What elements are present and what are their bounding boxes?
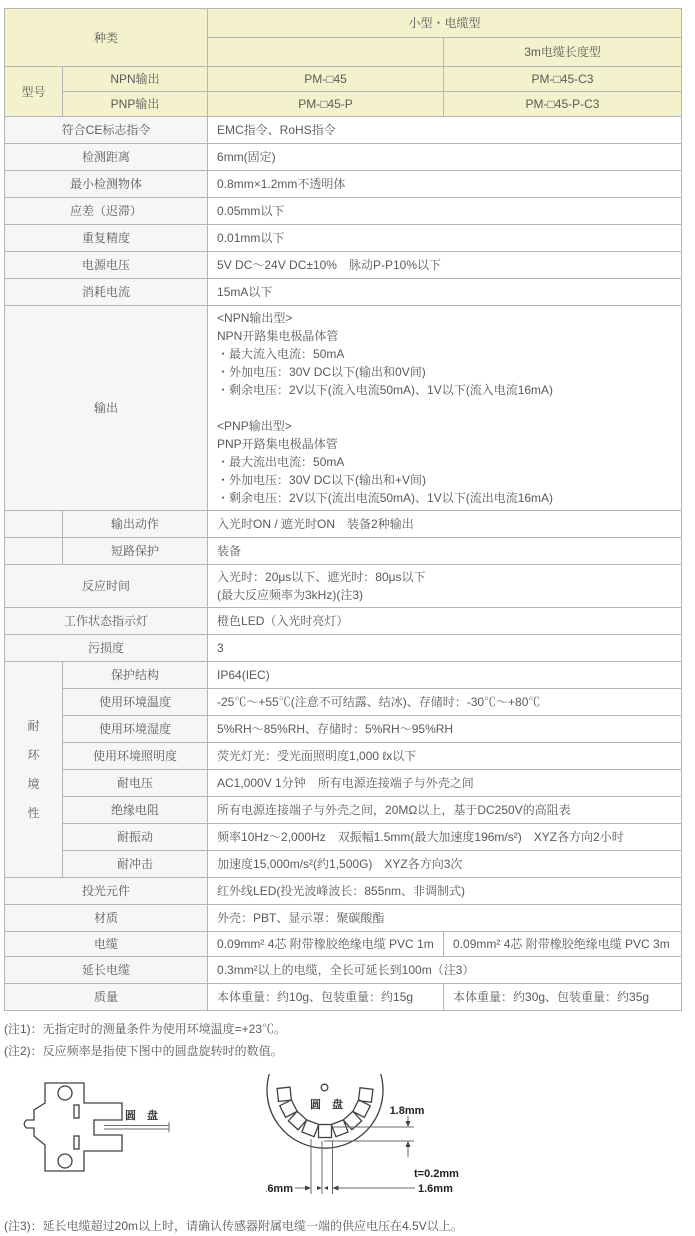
row-emitting-element: 投光元件 红外线LED(投光波峰波长：855nm、非调制式) (5, 878, 682, 905)
disc-label-left: 圆 盘 (125, 1108, 162, 1122)
row-ambient-illuminance: 使用环境照明度 荧光灯光：受光面照明度1,000 ℓx以下 (5, 743, 682, 770)
short-circuit-protection-value: 装备 (208, 538, 682, 565)
emitting-element-value: 红外线LED(投光波峰波长：855nm、非调制式) (208, 878, 682, 905)
row-ambient-temperature: 使用环境温度 -25℃～+55℃(注意不可结露、结冰)、存储时：-30℃～+80… (5, 689, 682, 716)
row-operation-indicator: 工作状态指示灯 橙色LED（入光时亮灯） (5, 608, 682, 635)
footnote-1: (注1)：无指定时的测量条件为使用环境温度=+23℃。 (4, 1019, 695, 1039)
footnotes: (注1)：无指定时的测量条件为使用环境温度=+23℃。 (注2)：反应频率是指使… (4, 1019, 695, 1061)
pollution-degree-value: 3 (208, 635, 682, 662)
row-supply-voltage: 电源电压 5V DC～24V DC±10% 脉动P-P10%以下 (5, 252, 682, 279)
weight-label: 质量 (5, 984, 208, 1011)
short-circuit-protection-label: 短路保护 (63, 538, 208, 565)
optical-slit-bottom (74, 1136, 79, 1149)
output-group-spacer (5, 511, 63, 538)
sensor-outline (24, 1083, 122, 1171)
material-value: 外壳：PBT、显示罩：聚碳酸酯 (208, 905, 682, 932)
row-hysteresis: 应差（迟滞） 0.05mm以下 (5, 198, 682, 225)
cable-value-3m: 0.09mm² 4芯 附带橡胶绝缘电缆 PVC 3m (444, 932, 682, 957)
row-short-circuit-protection: 短路保护 装备 (5, 538, 682, 565)
current-consumption-label: 消耗电流 (5, 279, 208, 306)
voltage-withstandability-label: 耐电压 (63, 770, 208, 797)
repeatability-label: 重复精度 (5, 225, 208, 252)
repeatability-value: 0.01mm以下 (208, 225, 682, 252)
dim-18-arrowhead-up (406, 1141, 411, 1147)
pnp-output-label: PNP输出 (63, 92, 208, 117)
output-value: <NPN输出型> NPN开路集电极晶体管 ・最大流入电流：50mA ・外加电压：… (208, 306, 682, 511)
row-insulation-resistance: 绝缘电阻 所有电源连接端子与外壳之间，20MΩ以上，基于DC250V的高阻表 (5, 797, 682, 824)
hysteresis-value: 0.05mm以下 (208, 198, 682, 225)
cable-extension-value: 0.3mm²以上的电缆，全长可延长到100m（注3） (208, 957, 682, 984)
supply-voltage-label: 电源电压 (5, 252, 208, 279)
row-output-operation: 输出动作 入光时ON / 遮光时ON 装备2种输出 (5, 511, 682, 538)
vibration-resistance-label: 耐振动 (63, 824, 208, 851)
mounting-hole-top (58, 1086, 72, 1100)
cable-extension-label: 延长电缆 (5, 957, 208, 984)
dim-16-left-arrowhead (305, 1186, 311, 1191)
row-current-consumption: 消耗电流 15mA以下 (5, 279, 682, 306)
response-frequency-figure: 圆 盘 圆 盘 1.8mm t=0.2mm 1.6mm (0, 1067, 695, 1202)
footnote-2: (注2)：反应频率是指使下图中的圆盘旋转时的数值。 (4, 1041, 695, 1061)
current-consumption-value: 15mA以下 (208, 279, 682, 306)
supply-voltage-value: 5V DC～24V DC±10% 脉动P-P10%以下 (208, 252, 682, 279)
disc-slots (277, 1087, 373, 1137)
sensing-range-value: 6mm(固定) (208, 144, 682, 171)
output-operation-value: 入光时ON / 遮光时ON 装备2种输出 (208, 511, 682, 538)
row-cable: 电缆 0.09mm² 4芯 附带橡胶绝缘电缆 PVC 1m 0.09mm² 4芯… (5, 932, 682, 957)
header-row-pnp-models: PNP输出 PM-□45-P PM-□45-P-C3 (5, 92, 682, 117)
vibration-resistance-value: 频率10Hz～2,000Hz 双振幅1.5mm(最大加速度196m/s²) XY… (208, 824, 682, 851)
ambient-illuminance-label: 使用环境照明度 (63, 743, 208, 770)
header-row-npn-models: 型号 NPN输出 PM-□45 PM-□45-C3 (5, 67, 682, 92)
pnp-model-standard: PM-□45-P (208, 92, 444, 117)
cable-label: 电缆 (5, 932, 208, 957)
footnote-3: (注3)：延长电缆超过20m以上时，请确认传感器附属电缆一端的供应电压在4.5V… (4, 1216, 695, 1236)
row-cable-extension: 延长电缆 0.3mm²以上的电缆，全长可延长到100m（注3） (5, 957, 682, 984)
mounting-hole-bottom (58, 1154, 72, 1168)
output-group-spacer (5, 538, 63, 565)
header-empty-cell (208, 38, 444, 67)
response-time-value: 入光时：20μs以下、遮光时：80μs以下 (最大反应频率为3kHz)(注3) (208, 565, 682, 608)
response-time-label: 反应时间 (5, 565, 208, 608)
ce-directive-value: EMC指令、RoHS指令 (208, 117, 682, 144)
row-material: 材质 外壳：PBT、显示罩：聚碳酸酯 (5, 905, 682, 932)
disc-axis-mark (321, 1084, 328, 1091)
pnp-model-3m: PM-□45-P-C3 (444, 92, 682, 117)
ambient-humidity-value: 5%RH～85%RH、存储时：5%RH～95%RH (208, 716, 682, 743)
row-response-time: 反应时间 入光时：20μs以下、遮光时：80μs以下 (最大反应频率为3kHz)… (5, 565, 682, 608)
ambient-illuminance-value: 荧光灯光：受光面照明度1,000 ℓx以下 (208, 743, 682, 770)
cable3m-header-cell: 3m电缆长度型 (444, 38, 682, 67)
dim-thickness-label: t=0.2mm (414, 1168, 459, 1180)
protection-label: 保护结构 (63, 662, 208, 689)
output-label: 输出 (5, 306, 208, 511)
footnote-3-container: (注3)：延长电缆超过20m以上时，请确认传感器附属电缆一端的供应电压在4.5V… (4, 1216, 695, 1236)
weight-value-3m: 本体重量：约30g、包装重量：约35g (444, 984, 682, 1011)
emitting-element-label: 投光元件 (5, 878, 208, 905)
insulation-resistance-value: 所有电源连接端子与外壳之间，20MΩ以上，基于DC250V的高阻表 (208, 797, 682, 824)
ambient-temperature-value: -25℃～+55℃(注意不可结露、结冰)、存储时：-30℃～+80℃ (208, 689, 682, 716)
row-repeatability: 重复精度 0.01mm以下 (5, 225, 682, 252)
ambient-humidity-label: 使用环境湿度 (63, 716, 208, 743)
header-row-kind: 种类 小型・电缆型 (5, 9, 682, 38)
ambient-temperature-label: 使用环境温度 (63, 689, 208, 716)
kind-header-cell: 种类 (5, 9, 208, 67)
spec-table: 种类 小型・电缆型 3m电缆长度型 型号 NPN输出 PM-□45 PM-□45… (4, 8, 682, 1011)
dim-16-right-arrowhead (333, 1186, 339, 1191)
row-weight: 质量 本体重量：约10g、包装重量：约15g 本体重量：约30g、包装重量：约3… (5, 984, 682, 1011)
weight-value-standard: 本体重量：约10g、包装重量：约15g (208, 984, 444, 1011)
row-sensing-range: 检测距离 6mm(固定) (5, 144, 682, 171)
output-operation-label: 输出动作 (63, 511, 208, 538)
npn-model-standard: PM-□45 (208, 67, 444, 92)
sensor-diagram: 圆 盘 (22, 1073, 182, 1173)
ce-directive-label: 符合CE标志指令 (5, 117, 208, 144)
row-ce-directive: 符合CE标志指令 EMC指令、RoHS指令 (5, 117, 682, 144)
dim-18-arrowhead-down (406, 1121, 411, 1127)
row-voltage-withstandability: 耐电压 AC1,000V 1分钟 所有电源连接端子与外壳之间 (5, 770, 682, 797)
row-protection: 耐环境性 保护结构 IP64(IEC) (5, 662, 682, 689)
material-label: 材质 (5, 905, 208, 932)
min-sensing-object-label: 最小检测物体 (5, 171, 208, 198)
model-header-cell: 型号 (5, 67, 63, 117)
operation-indicator-label: 工作状态指示灯 (5, 608, 208, 635)
optical-slit-top (74, 1105, 79, 1118)
hysteresis-label: 应差（迟滞） (5, 198, 208, 225)
shock-resistance-label: 耐冲击 (63, 851, 208, 878)
row-ambient-humidity: 使用环境湿度 5%RH～85%RH、存储时：5%RH～95%RH (5, 716, 682, 743)
voltage-withstandability-value: AC1,000V 1分钟 所有电源连接端子与外壳之间 (208, 770, 682, 797)
insulation-resistance-label: 绝缘电阻 (63, 797, 208, 824)
disc-diagram: 圆 盘 1.8mm t=0.2mm 1.6mm 1. (266, 1067, 476, 1202)
dim-18-label: 1.8mm (390, 1105, 425, 1117)
row-min-sensing-object: 最小检测物体 0.8mm×1.2mm不透明体 (5, 171, 682, 198)
row-vibration-resistance: 耐振动 频率10Hz～2,000Hz 双振幅1.5mm(最大加速度196m/s²… (5, 824, 682, 851)
env-resistance-group-label: 耐环境性 (5, 662, 63, 878)
pollution-degree-label: 污损度 (5, 635, 208, 662)
dim-16-right-label: 1.6mm (418, 1183, 453, 1195)
npn-output-label: NPN输出 (63, 67, 208, 92)
dim-16-mid-arrowhead-right (317, 1186, 322, 1190)
protection-value: IP64(IEC) (208, 662, 682, 689)
row-shock-resistance: 耐冲击 加速度15,000m/s²(约1,500G) XYZ各方向3次 (5, 851, 682, 878)
operation-indicator-value: 橙色LED（入光时亮灯） (208, 608, 682, 635)
npn-model-3m: PM-□45-C3 (444, 67, 682, 92)
row-output: 输出 <NPN输出型> NPN开路集电极晶体管 ・最大流入电流：50mA ・外加… (5, 306, 682, 511)
sensing-range-label: 检测距离 (5, 144, 208, 171)
dim-16-mid-arrowhead-left (324, 1186, 328, 1190)
row-pollution-degree: 污损度 3 (5, 635, 682, 662)
shock-resistance-value: 加速度15,000m/s²(约1,500G) XYZ各方向3次 (208, 851, 682, 878)
dim-16-left-label: 1.6mm (266, 1183, 293, 1195)
group-header-cell: 小型・电缆型 (208, 9, 682, 38)
min-sensing-object-value: 0.8mm×1.2mm不透明体 (208, 171, 682, 198)
cable-value-1m: 0.09mm² 4芯 附带橡胶绝缘电缆 PVC 1m (208, 932, 444, 957)
disc-label-right: 圆 盘 (310, 1097, 347, 1111)
